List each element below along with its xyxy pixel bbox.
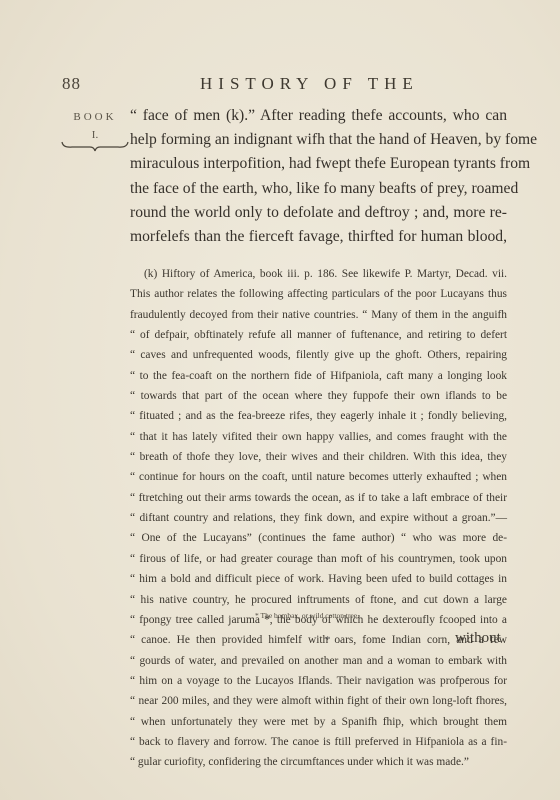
footnote-line: “ to the fea-coaft on the northern fide … bbox=[130, 366, 507, 386]
main-text: “ face of men (k).” After reading thefe … bbox=[130, 104, 507, 249]
signature-mark: * bbox=[325, 634, 331, 646]
footnote-line: “ back to flavery and forrow. The canoe … bbox=[130, 732, 507, 752]
catchword: without bbox=[455, 630, 501, 647]
footnote-line: fraudulently decoyed from their native c… bbox=[130, 305, 507, 325]
footnote-line: “ diftant country and relations, they fi… bbox=[130, 508, 507, 528]
text-line: round the world only to defolate and def… bbox=[130, 201, 507, 225]
footnote-line: This author relates the following affect… bbox=[130, 284, 507, 304]
text-line: help forming an indignant wifh that the … bbox=[130, 128, 507, 152]
footnote-line: (k) Hiftory of America, book iii. p. 186… bbox=[130, 264, 507, 284]
footnote-line: “ near 200 miles, and they were almoft w… bbox=[130, 691, 507, 711]
footnote-line: “ when unfortunately they were met by a … bbox=[130, 712, 507, 732]
text-line: the face of the earth, who, like fo many… bbox=[130, 177, 507, 201]
footnote-line: “ that it has lately vifited their own h… bbox=[130, 427, 507, 447]
page-number: 88 bbox=[62, 74, 81, 94]
footnote-line: “ gular curiofity, confidering the circu… bbox=[130, 752, 507, 772]
footnote-line: “ gourds of water, and prevailed on anot… bbox=[130, 651, 507, 671]
footnote-line: “ fituated ; and as the fea-breeze rifes… bbox=[130, 406, 507, 426]
book-page: 88 HISTORY OF THE BOOK I. “ face of men … bbox=[0, 0, 560, 800]
footnote-line: “ firous of life, or had greater courage… bbox=[130, 549, 507, 569]
text-line: morfelefs than the fierceft favage, thir… bbox=[130, 225, 507, 249]
footnote-line: “ him on a voyage to the Lucayos Iflands… bbox=[130, 671, 507, 691]
footnote-line: “ of defpair, obftinately refufe all man… bbox=[130, 325, 507, 345]
footnote-line: “ One of the Lucayans” (continues the fa… bbox=[130, 528, 507, 548]
footnote-line: “ towards that part of the ocean where t… bbox=[130, 386, 507, 406]
footnote-line: “ ftretching out their arms towards the … bbox=[130, 488, 507, 508]
footnote-line: “ him a bold and difficult piece of work… bbox=[130, 569, 507, 589]
footnote: (k) Hiftory of America, book iii. p. 186… bbox=[130, 264, 507, 773]
footnote-line: “ continue for hours on the coaft, until… bbox=[130, 467, 507, 487]
margin-note: BOOK I. bbox=[60, 111, 130, 141]
running-head: HISTORY OF THE bbox=[200, 74, 419, 94]
sub-footnote: * The bombax, or wild cotton tree. bbox=[255, 611, 359, 620]
footnote-line: “ breath of thofe they love, their wives… bbox=[130, 447, 507, 467]
footnote-line: “ caves and unfrequented woods, filently… bbox=[130, 345, 507, 365]
text-line: “ face of men (k).” After reading thefe … bbox=[130, 104, 507, 128]
footnote-line: “ his native country, he procured inftru… bbox=[130, 590, 507, 610]
text-line: miraculous interpofition, had fwept thef… bbox=[130, 152, 507, 176]
brace-ornament bbox=[60, 140, 130, 152]
book-label: BOOK bbox=[73, 111, 116, 123]
footnote-line: “ canoe. He then provided himfelf with o… bbox=[130, 630, 507, 650]
